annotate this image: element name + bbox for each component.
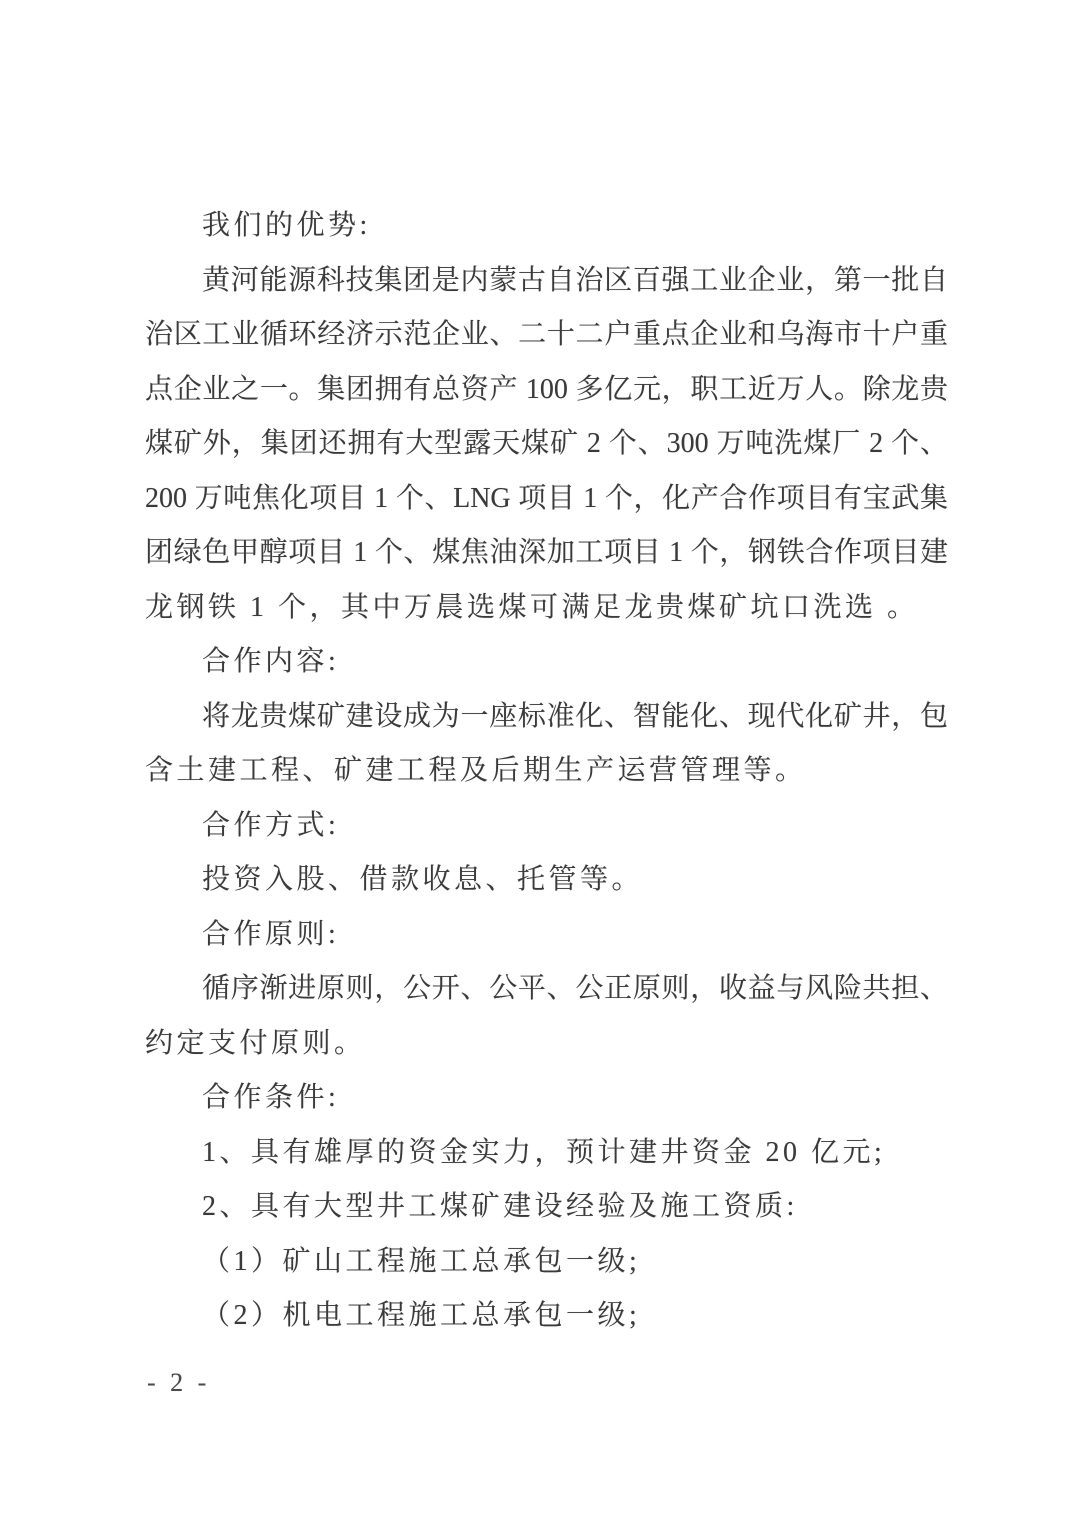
condition-item-1: 1、具有雄厚的资金实力，预计建井资金 20 亿元;	[145, 1126, 948, 1181]
condition-item-2: 2、具有大型井工煤矿建设经验及施工资质:	[145, 1180, 948, 1235]
qualification-item-1: （1）矿山工程施工总承包一级;	[145, 1235, 948, 1290]
para-line: 约定支付原则。	[145, 1017, 948, 1072]
document-text-block: 我们的优势: 黄河能源科技集团是内蒙古自治区百强工业企业，第一批自 治区工业循环…	[145, 199, 948, 1344]
para-line: 龙钢铁 1 个，其中万晨选煤可满足龙贵煤矿坑口洗选 。	[145, 581, 948, 636]
para-line: 含土建工程、矿建工程及后期生产运营管理等。	[145, 744, 948, 799]
heading-our-advantages: 我们的优势:	[145, 199, 948, 254]
para-line: 黄河能源科技集团是内蒙古自治区百强工业企业，第一批自	[145, 254, 948, 309]
para-line: 投资入股、借款收息、托管等。	[145, 853, 948, 908]
document-page: 我们的优势: 黄河能源科技集团是内蒙古自治区百强工业企业，第一批自 治区工业循环…	[0, 0, 1080, 1527]
qualification-item-2: （2）机电工程施工总承包一级;	[145, 1289, 948, 1344]
para-line: 循序渐进原则，公开、公平、公正原则，收益与风险共担、	[145, 962, 948, 1017]
para-line: 200 万吨焦化项目 1 个、LNG 项目 1 个，化产合作项目有宝武集	[145, 472, 948, 527]
para-line: 将龙贵煤矿建设成为一座标准化、智能化、现代化矿井，包	[145, 690, 948, 745]
para-line: 点企业之一。集团拥有总资产 100 多亿元，职工近万人。除龙贵	[145, 363, 948, 418]
para-line: 煤矿外，集团还拥有大型露天煤矿 2 个、300 万吨洗煤厂 2 个、	[145, 417, 948, 472]
page-number: - 2 -	[147, 1368, 210, 1398]
heading-cooperation-method: 合作方式:	[145, 799, 948, 854]
heading-cooperation-content: 合作内容:	[145, 635, 948, 690]
heading-cooperation-principles: 合作原则:	[145, 908, 948, 963]
para-line: 团绿色甲醇项目 1 个、煤焦油深加工项目 1 个，钢铁合作项目建	[145, 526, 948, 581]
para-line: 治区工业循环经济示范企业、二十二户重点企业和乌海市十户重	[145, 308, 948, 363]
heading-cooperation-conditions: 合作条件:	[145, 1071, 948, 1126]
